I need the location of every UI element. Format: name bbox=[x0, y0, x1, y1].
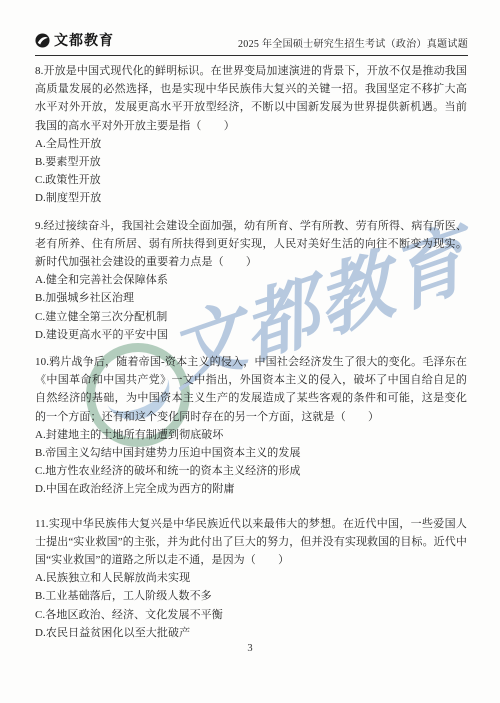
question-9: 9.经过接续奋斗，我国社会建设全面加强，幼有所育、学有所教、劳有所得、病有所医、… bbox=[35, 217, 467, 344]
option-line: B.加强城乡社区治理 bbox=[35, 289, 467, 307]
question-stem: 8.开放是中国式现代化的鲜明标识。在世界变局加速演进的背景下，开放不仅是推动我国… bbox=[35, 62, 467, 135]
page-number: 3 bbox=[0, 643, 500, 654]
option-line: D.制度型开放 bbox=[35, 189, 467, 207]
question-stem: 9.经过接续奋斗，我国社会建设全面加强，幼有所育、学有所教、劳有所得、病有所医、… bbox=[35, 217, 467, 272]
page-header: 文都教育 2025 年全国硕士研究生招生考试（政治）真题试题 bbox=[35, 30, 468, 56]
question-10: 10.鸦片战争后，随着帝国-资本主义的侵入，中国社会经济发生了很大的变化。毛泽东… bbox=[35, 353, 467, 499]
option-line: C.建立健全第三次分配机制 bbox=[35, 308, 467, 326]
option-line: C.地方性农业经济的破坏和统一的资本主义经济的形成 bbox=[35, 462, 467, 480]
exam-page: 文都教育 文都教育 2025 年全国硕士研究生招生考试（政治）真题试题 8.开放… bbox=[0, 0, 500, 703]
wendu-logo-text: 文都教育 bbox=[54, 30, 114, 50]
question-8: 8.开放是中国式现代化的鲜明标识。在世界变局加速演进的背景下，开放不仅是推动我国… bbox=[35, 62, 467, 208]
option-line: D.农民日益贫困化以至大批破产 bbox=[35, 624, 467, 642]
option-line: B.要素型开放 bbox=[35, 153, 467, 171]
question-stem: 11.实现中华民族伟大复兴是中华民族近代以来最伟大的梦想。在近代中国，一些爱国人… bbox=[35, 515, 467, 570]
option-line: A.封建地主的土地所有制遭到彻底破坏 bbox=[35, 426, 467, 444]
question-11: 11.实现中华民族伟大复兴是中华民族近代以来最伟大的梦想。在近代中国，一些爱国人… bbox=[35, 515, 467, 642]
option-line: A.健全和完善社会保障体系 bbox=[35, 271, 467, 289]
option-line: B.帝国主义勾结中国封建势力压迫中国资本主义的发展 bbox=[35, 444, 467, 462]
wendu-logo-icon bbox=[35, 33, 50, 48]
question-stem: 10.鸦片战争后，随着帝国-资本主义的侵入，中国社会经济发生了很大的变化。毛泽东… bbox=[35, 353, 467, 426]
document-title: 2025 年全国硕士研究生招生考试（政治）真题试题 bbox=[238, 35, 468, 50]
option-line: C.各地区政治、经济、文化发展不平衡 bbox=[35, 606, 467, 624]
wendu-logo: 文都教育 bbox=[35, 30, 114, 50]
option-line: D.中国在政治经济上完全成为西方的附庸 bbox=[35, 480, 467, 498]
option-line: B.工业基础落后，工人阶级人数不多 bbox=[35, 587, 467, 605]
option-line: A.全局性开放 bbox=[35, 135, 467, 153]
option-line: C.政策性开放 bbox=[35, 171, 467, 189]
option-line: A.民族独立和人民解放尚未实现 bbox=[35, 569, 467, 587]
question-list: 8.开放是中国式现代化的鲜明标识。在世界变局加速演进的背景下，开放不仅是推动我国… bbox=[35, 62, 467, 651]
option-line: D.建设更高水平的平安中国 bbox=[35, 326, 467, 344]
